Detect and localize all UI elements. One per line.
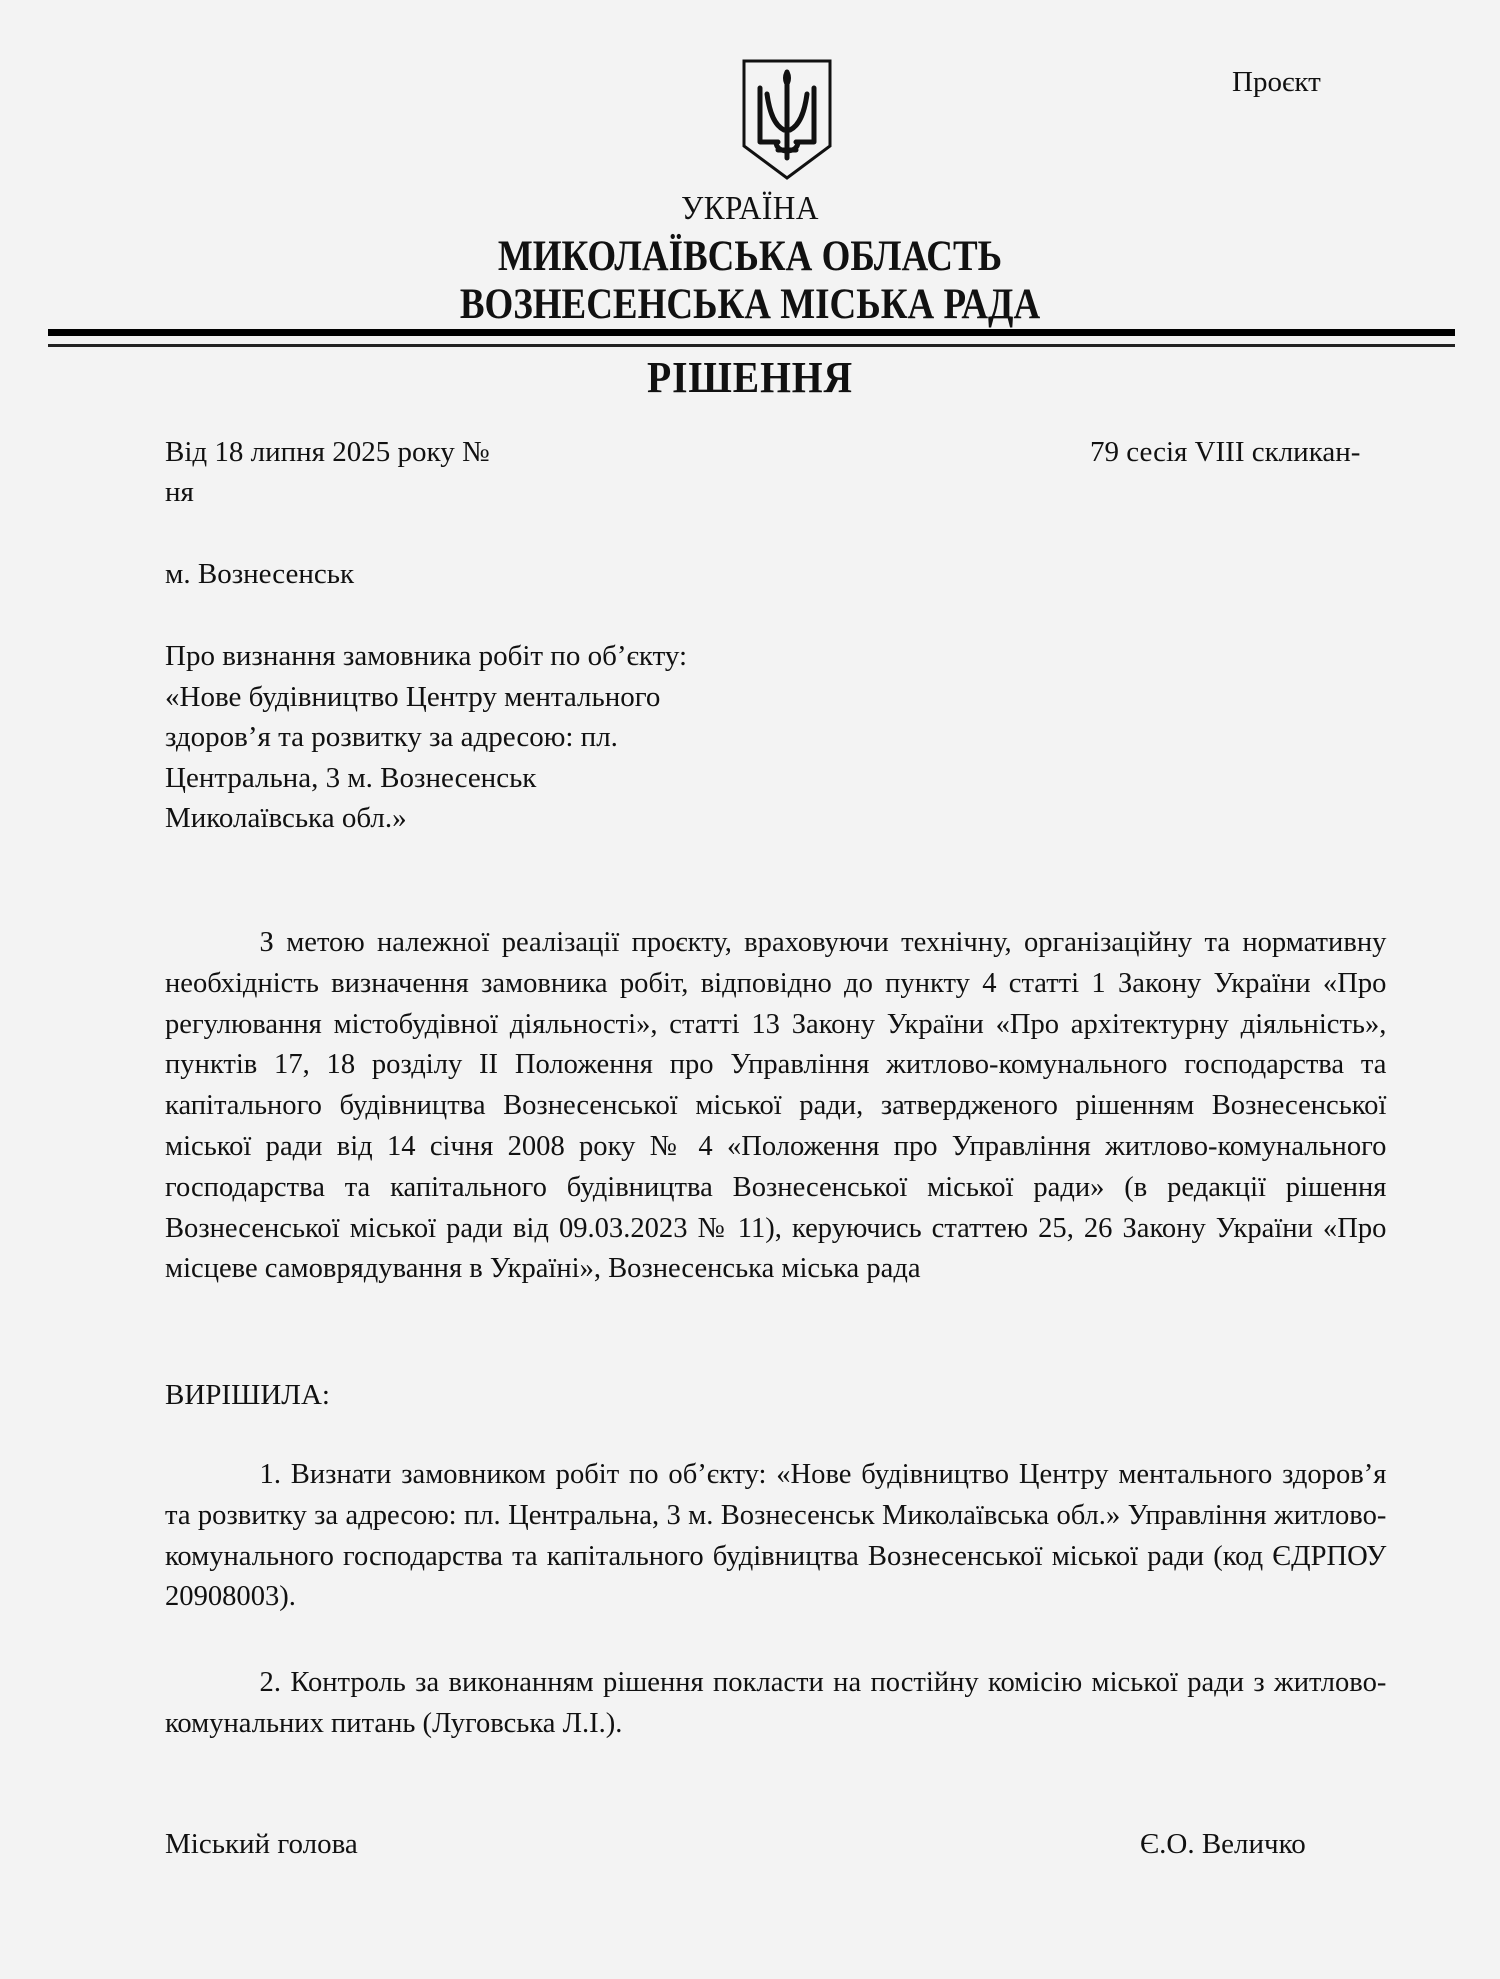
- city-name: м. Вознесенськ: [165, 554, 354, 594]
- resolution-item: 2. Контроль за виконанням рішення поклас…: [165, 1662, 1386, 1744]
- decision-subject: Про визнання замовника робіт по об’єкту:…: [165, 636, 865, 839]
- subject-line: Миколаївська обл.»: [165, 798, 865, 839]
- subject-line: здоров’я та розвитку за адресою: пл.: [165, 717, 865, 758]
- preamble-paragraph: З метою належної реалізації проєкту, вра…: [165, 922, 1386, 1289]
- document-type-title: РІШЕННЯ: [75, 352, 1425, 403]
- subject-line: Про визнання замовника робіт по об’єкту:: [165, 636, 865, 677]
- signer-title: Міський голова: [165, 1824, 358, 1864]
- session-info: 79 сесія VIII скликан-: [1090, 432, 1360, 472]
- header-divider-thick: [48, 329, 1455, 336]
- draft-label: Проєкт: [1232, 66, 1321, 99]
- council-name: ВОЗНЕСЕНСЬКА МІСЬКА РАДА: [105, 280, 1395, 329]
- resolution-item: 1. Визнати замовником робіт по об’єкту: …: [165, 1454, 1386, 1617]
- subject-line: Центральна, 3 м. Вознесенськ: [165, 758, 865, 799]
- trident-coat-of-arms-icon: [740, 58, 834, 180]
- header-divider-thin: [48, 344, 1455, 347]
- session-line-wrap: ня: [165, 472, 194, 512]
- resolved-heading: ВИРІШИЛА:: [165, 1375, 330, 1415]
- signer-name: Є.О. Величко: [1140, 1824, 1306, 1864]
- region-name: МИКОЛАЇВСЬКА ОБЛАСТЬ: [105, 232, 1395, 281]
- subject-line: «Нове будівництво Центру ментального: [165, 677, 865, 718]
- country-name: УКРАЇНА: [60, 190, 1440, 228]
- decision-date-number: Від 18 липня 2025 року №: [165, 432, 490, 472]
- document-page: Проєкт УКРАЇНА МИКОЛАЇВСЬКА ОБЛАС: [0, 0, 1500, 1979]
